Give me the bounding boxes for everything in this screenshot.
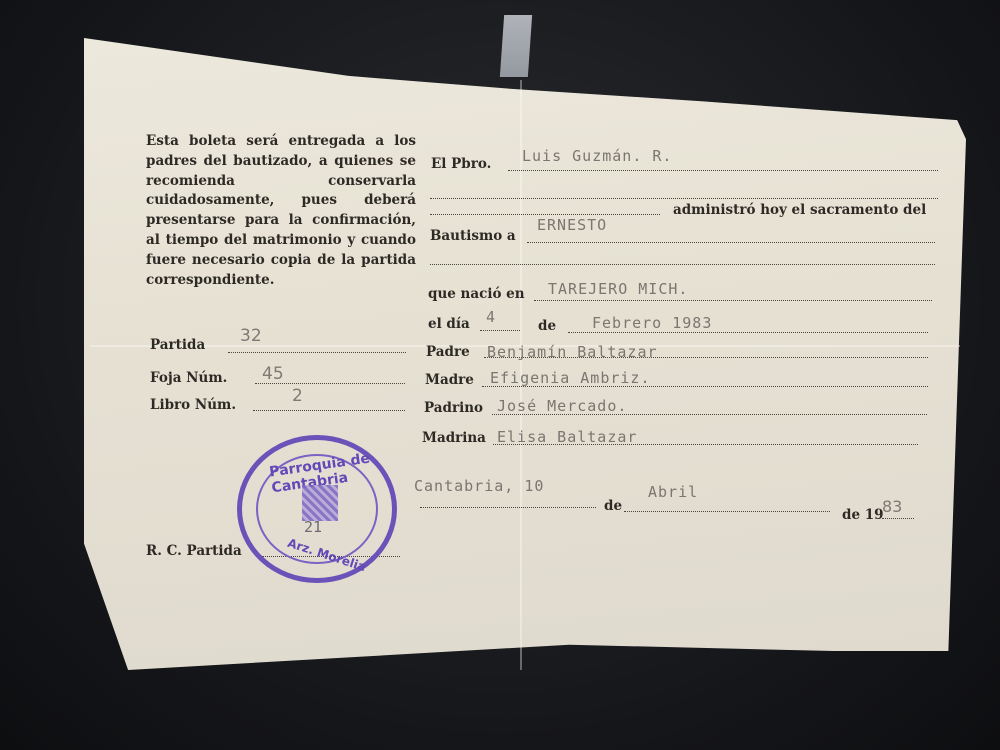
partida-label: Partida [150, 337, 205, 353]
madrina-value: Elisa Baltazar [497, 428, 637, 446]
mes-line [568, 332, 928, 333]
month-value: Abril [648, 483, 698, 501]
partida-value: 32 [240, 326, 262, 346]
pbro-value: Luis Guzmán. R. [522, 147, 672, 165]
year-prefix-label: de 19 [842, 507, 884, 523]
madrina-label: Madrina [422, 430, 486, 446]
libro-line [253, 410, 405, 411]
bautismo-label: Bautismo a [430, 228, 516, 244]
place-day-value: Cantabria, 10 [414, 477, 544, 495]
padrino-label: Padrino [424, 400, 483, 416]
dia-line [480, 330, 520, 331]
de-label: de [538, 318, 556, 334]
year-suffix-value: 83 [882, 497, 902, 516]
bautismo-line-2 [430, 264, 935, 265]
pbro-label: El Pbro. [431, 156, 491, 172]
footer-de-label: de [604, 498, 622, 514]
intro-paragraph: Esta boleta será entregada a los padres … [146, 132, 416, 290]
administro-text: administró hoy el sacramento del [673, 202, 926, 218]
bautismo-line [527, 242, 935, 243]
partida-line [228, 352, 406, 353]
dia-label: el día [428, 316, 470, 332]
madre-value: Efigenia Ambriz. [490, 369, 651, 387]
pbro-line [508, 170, 938, 171]
padre-label: Padre [426, 344, 470, 360]
dia-value: 4 [486, 308, 496, 326]
madre-label: Madre [425, 372, 474, 388]
padre-value: Benjamín Baltazar [487, 343, 658, 361]
intro-text: Esta boleta será entregada a los padres … [146, 133, 416, 288]
libro-label: Libro Núm. [150, 397, 236, 413]
nacio-line [534, 300, 932, 301]
bautismo-value: ERNESTO [537, 216, 607, 234]
libro-value: 2 [292, 386, 303, 406]
padrino-value: José Mercado. [497, 397, 627, 415]
nacio-value: TAREJERO MICH. [548, 280, 688, 298]
month-line [624, 511, 830, 512]
administro-line [430, 214, 660, 215]
foja-label: Foja Núm. [150, 370, 227, 386]
stamp-number: 21 [304, 518, 322, 536]
parish-stamp: Parroquia de Cantabria 21 Arz. Morelia [237, 435, 397, 583]
place-line [420, 507, 596, 508]
pbro-line-2 [430, 198, 938, 199]
foja-value: 45 [262, 364, 284, 384]
adhesive-tape [500, 15, 532, 77]
nacio-label: que nació en [428, 286, 525, 302]
rc-partida-label: R. C. Partida [146, 543, 242, 559]
year-line [882, 518, 914, 519]
stamp-emblem-icon [302, 485, 338, 521]
mes-anio-value: Febrero 1983 [592, 314, 712, 332]
